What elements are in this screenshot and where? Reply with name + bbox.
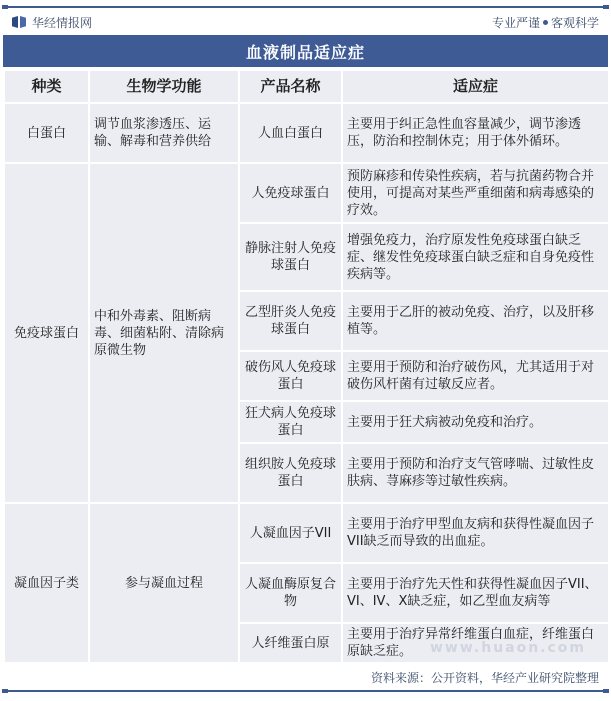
column-header: 适应症: [342, 70, 609, 103]
slogan: 专业严谨 客观科学: [492, 13, 599, 31]
indication-cell: 主要用于狂犬病被动免疫和治疗。: [342, 401, 609, 443]
watermark: www.huaon.com: [430, 640, 586, 656]
brand-name: 华经情报网: [32, 14, 92, 31]
column-header: 产品名称: [239, 70, 342, 103]
table-header-row: 种类 生物学功能 产品名称 适应症: [4, 70, 609, 103]
indication-cell: 主要用于乙肝的被动免疫、治疗，以及肝移植等。: [342, 291, 609, 351]
category-cell: 凝血因子类: [4, 503, 89, 663]
book-logo-icon: [12, 16, 26, 28]
function-cell: 中和外毒素、阻断病毒、细菌粘附、清除病原微生物: [89, 163, 239, 503]
category-cell: 免疫球蛋白: [4, 163, 89, 503]
product-cell: 人凝血酶原复合物: [239, 563, 342, 623]
slogan-right: 客观科学: [551, 14, 599, 31]
indications-table: 种类 生物学功能 产品名称 适应症 白蛋白 调节血浆渗透压、运输、解毒和营养供给…: [3, 69, 610, 664]
indication-cell: 主要用于治疗甲型血友病和获得性凝血因子VII缺乏而导致的出血症。: [342, 503, 609, 563]
bottom-divider: [4, 690, 607, 692]
indication-cell: 主要用于纠正急性血容量减少，调节渗透压，防治和控制休克；用于体外循环。: [342, 103, 609, 163]
product-cell: 人纤维蛋白原: [239, 623, 342, 663]
function-cell: 参与凝血过程: [89, 503, 239, 663]
brand: 华经情报网: [12, 13, 92, 31]
indication-cell: 增强免疫力，治疗原发性免疫球蛋白缺乏症、继发性免疫球蛋白缺乏症和自身免疫性疾病等…: [342, 223, 609, 291]
product-cell: 组织胺人免疫球蛋白: [239, 443, 342, 503]
function-cell: 调节血浆渗透压、运输、解毒和营养供给: [89, 103, 239, 163]
indication-cell: 主要用于治疗先天性和获得性凝血因子VII、VI、IV、X缺乏症，如乙型血友病等: [342, 563, 609, 623]
product-cell: 乙型肝炎人免疫球蛋白: [239, 291, 342, 351]
product-cell: 破伤风人免疫球蛋白: [239, 351, 342, 401]
product-cell: 人免疫球蛋白: [239, 163, 342, 223]
table-row: 白蛋白 调节血浆渗透压、运输、解毒和营养供给 人血白蛋白 主要用于纠正急性血容量…: [4, 103, 609, 163]
source-note: 资料来源：公开资料，华经产业研究院整理: [371, 669, 599, 686]
product-cell: 人凝血因子VII: [239, 503, 342, 563]
table-row: 免疫球蛋白 中和外毒素、阻断病毒、细菌粘附、清除病原微生物 人免疫球蛋白 预防麻…: [4, 163, 609, 223]
top-divider: [4, 6, 607, 8]
indication-cell: 预防麻疹和传染性疾病，若与抗菌药物合并使用，可提高对某些严重细菌和病毒感染的疗效…: [342, 163, 609, 223]
column-header: 生物学功能: [89, 70, 239, 103]
product-cell: 静脉注射人免疫球蛋白: [239, 223, 342, 291]
category-cell: 白蛋白: [4, 103, 89, 163]
bullet-dot-icon: [543, 20, 548, 25]
table-row: 凝血因子类 参与凝血过程 人凝血因子VII 主要用于治疗甲型血友病和获得性凝血因…: [4, 503, 609, 563]
page-title: 血液制品适应症: [3, 35, 608, 67]
indication-cell: 主要用于预防和治疗支气管哮喘、过敏性皮肤病、荨麻疹等过敏性疾病。: [342, 443, 609, 503]
slogan-left: 专业严谨: [492, 14, 540, 31]
product-cell: 狂犬病人免疫球蛋白: [239, 401, 342, 443]
column-header: 种类: [4, 70, 89, 103]
indication-cell: 主要用于预防和治疗破伤风，尤其适用于对破伤风杆菌有过敏反应者。: [342, 351, 609, 401]
product-cell: 人血白蛋白: [239, 103, 342, 163]
